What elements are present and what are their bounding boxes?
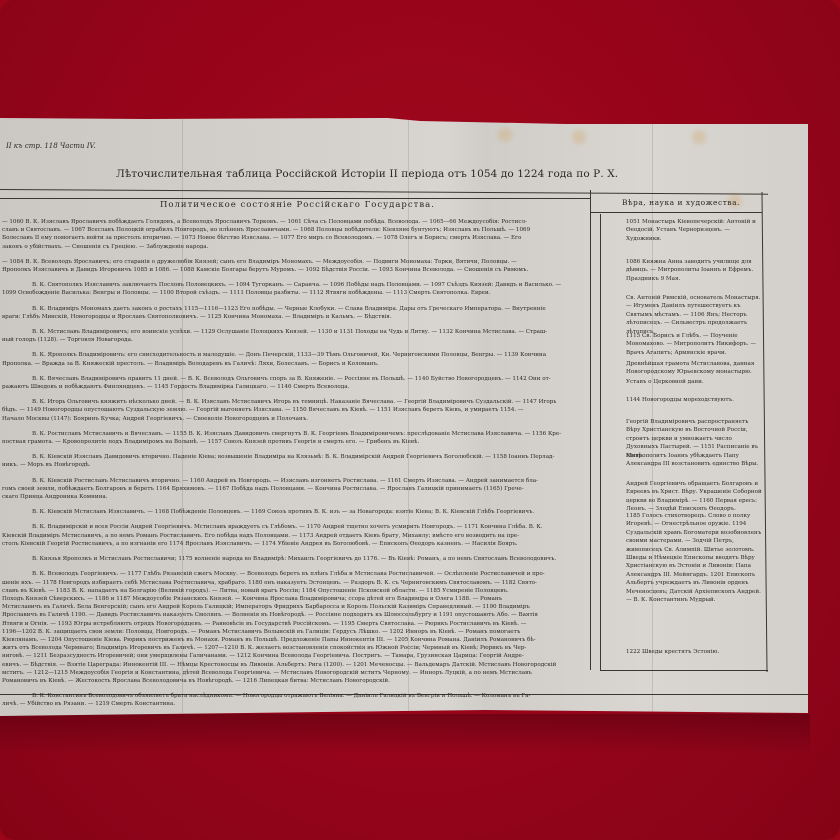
timeline-line: постная грамота. — Кровопролитіе подъ Вл… [2,438,600,446]
timeline-line: Ярославичъ въ Галичѣ 1190. — Давидъ Рост… [2,611,600,619]
timeline-row: В. К. Ярополкъ Владиміровичъ: его снисхо… [0,351,600,367]
religion-entry: Древнѣйшая грамота Мстиславова, данная Н… [626,360,762,377]
timeline-line: — 1084 В. К. Всеволодъ Ярославичъ; его с… [2,258,600,266]
timeline-line: гомъ своей земли, побѣждаетъ Болгаровъ и… [2,485,600,493]
document-title: Лѣточислительная таблица Россійской Исто… [116,168,618,180]
timeline-line: ражаютъ Шведовъ и побѣждаютъ Финляндцевъ… [2,383,600,391]
foxing-stain [498,128,512,142]
timeline-line: В. К. Константинъ Всеволодовичъ объявляе… [2,692,600,700]
timeline-line: никъ. — Моръ въ Новѣгородѣ. [2,461,600,469]
timeline-line: законъ о убійствахъ. — Сношенія съ Греці… [2,243,600,251]
timeline-line: — 1060 В. К. Изяславъ Ярославичъ побѣжда… [2,218,600,226]
document-sheet: II къ стр. 118 Части IV. Лѣточислительна… [0,118,808,716]
timeline-line: В. Князья Ярополкъ и Мстиславъ Ростислав… [2,555,600,563]
timeline-line: Начало Москвы (1147): Бояринъ Кучка; Анд… [2,415,600,423]
religion-entry: 1086 Княжна Анна заводитъ училище для дѣ… [626,258,762,283]
timeline-row: В. К. Всеволодъ Георгіевичъ. — 1177 Глѣб… [0,570,600,685]
timeline-row: В. К. Кіевскій Изяславъ Давидовичъ втори… [0,453,600,469]
timeline-row: В. К. Владимірскій и всея Россіи Андрей … [0,523,600,548]
timeline-row: В. К. Кіевскій Ростиславъ Мстиславичъ вт… [0,477,600,502]
timeline-line: враги: Глѣбъ Минскій, Новогородцы и Ярос… [2,313,600,321]
timeline-line: В. К. Мстиславъ Владиміровичъ; его воинс… [2,328,600,336]
column-header-political: Политическое состояніе Россійскаго Госуд… [160,200,435,210]
timeline-line: столъ Кіевскій Георгій Ростиславичъ, а п… [2,540,600,548]
timeline-line: евичъ. — Бѣдствія. — Взятіе Цареграда: И… [2,661,600,669]
timeline-line: В. К. Ростиславъ Мстиславичъ и Вячеславъ… [2,430,600,438]
timeline-line: Болеславъ II ему помогаетъ войти за прес… [2,234,600,242]
paper-shadow [0,714,810,754]
timeline-row: — 1060 В. К. Изяславъ Ярославичъ побѣжда… [0,218,600,251]
timeline-line: славъ и Святославъ. — 1067 Всеславъ Поло… [2,226,600,234]
religion-entry: 1185 Голосъ стихотворецъ. Слово о полку … [626,512,762,604]
timeline-line: В. К. Кіевскій Мстиславъ Изяславичъ. — 1… [2,508,600,516]
timeline-line: шеніе ихъ. — 1178 Новгородъ избираетъ се… [2,579,600,587]
timeline-line: Ятвяги и Огнія. — 1193 Югры истребляютъ … [2,620,600,628]
timeline-row: В. Князья Ярополкъ и Мстиславъ Ростислав… [0,555,600,563]
timeline-row: В. К. Владиміръ Мономахъ даетъ законъ о … [0,305,600,321]
page-reference: II къ стр. 118 Части IV. [6,142,96,150]
timeline-row: В. К. Кіевскій Мстиславъ Изяславичъ. — 1… [0,508,600,516]
religion-entry: Андрей Георгіевичъ обращаетъ Болгаровъ и… [626,480,762,514]
political-timeline: — 1060 В. К. Изяславъ Ярославичъ побѣжда… [0,218,600,747]
timeline-line: Кіевскій Владиміръ Мстиславичъ, а по нем… [2,532,600,540]
timeline-line: В. К. Кіевскій Изяславъ Давидовичъ втори… [2,453,600,461]
religion-entry: 1222 Шведы крестятъ Эстонію. [626,648,762,656]
timeline-line: Походъ Князей Сѣверскихъ. — 1186 и 1187 … [2,595,600,603]
timeline-line: 1099 Освобожденіе Василька: Венгры и Пол… [2,289,600,297]
timeline-line: бѣдъ. — 1149 Новогородцы опустошаютъ Суз… [2,406,600,414]
timeline-row: — 1084 В. К. Всеволодъ Ярославичъ; его с… [0,258,600,274]
timeline-line: славъ въ Кіевѣ. — 1183 В. К. нападаетъ н… [2,587,600,595]
religion-entry: Уставъ о Церковной дани. [626,378,762,386]
timeline-line: В. К. Святополкъ Изяславичъ заключаетъ П… [2,281,600,289]
religion-entry: 1144 Новогородцы мореходствуютъ. [626,396,762,404]
religion-entry: Митрополитъ Іоаннъ убѣждаетъ Папу Алекса… [626,452,762,469]
timeline-line: В. К. Вячеславъ Владиміровичъ правитъ 11… [2,375,600,383]
timeline-line: В. К. Владимірскій и всея Россіи Андрей … [2,523,600,531]
column-divider [600,214,601,670]
timeline-row: В. К. Игорь Ольговичъ княжитъ нѣсколько … [0,398,600,423]
timeline-line: В. К. Владиміръ Мономахъ даетъ законъ о … [2,305,600,313]
timeline-line: житъ отъ Всеволода Чермнаго; Владиміръ И… [2,644,600,652]
table-bottom-rule [600,670,768,671]
timeline-line: В. К. Ярополкъ Владиміровичъ: его снисхо… [2,351,600,359]
timeline-line: Ярополка. — Вражда за В. Княжескій прест… [2,360,600,368]
timeline-line: В. К. Игорь Ольговичъ княжитъ нѣсколько … [2,398,600,406]
timeline-row: В. К. Константинъ Всеволодовичъ объявляе… [0,692,600,708]
timeline-line: мститъ. — 1212—1215 Междоусобія Георгія … [2,669,600,677]
timeline-line: ниговѣ. — 1211 Безразсудность Игоревичей… [2,652,600,660]
timeline-line: 1196—1202 В. К. защищаетъ свои земли: По… [2,628,600,636]
timeline-line: Кіевлянамъ. — 1204 Опустошеніе Кіева. Рю… [2,636,600,644]
subheader-rule [0,198,590,199]
timeline-line: личѣ. — Убійство въ Рязани. — 1219 Смерт… [2,700,600,708]
timeline-row: В. К. Ростиславъ Мстиславичъ и Вячеславъ… [0,430,600,446]
column-divider [761,192,767,672]
timeline-line: скаго Принца Андроника Комнина. [2,493,600,501]
religion-entry: 1115 Св. Борисъ и Глѣбъ. — Поученіе Моно… [626,332,762,357]
timeline-row: В. К. Вячеславъ Владиміровичъ правитъ 11… [0,375,600,391]
timeline-line: Романовичъ въ Кіевѣ. — Жестокость Яросла… [2,677,600,685]
photo-frame: II къ стр. 118 Части IV. Лѣточислительна… [0,0,840,840]
timeline-line: Ярополкъ Изяславичъ и Давидъ Игоревичъ 1… [2,266,600,274]
timeline-line: Мстиславичъ въ Галичѣ. Бела Венгерскій; … [2,603,600,611]
religion-entry: 1051 Монастырь Кіевопечерскій: Антоній и… [626,218,762,243]
religion-entry: Св. Антоній Римскій, основатель Монастыр… [626,294,762,336]
foxing-stain [572,130,586,144]
subheader-rule [590,212,762,213]
timeline-line: ный голодъ (1128). — Торговля Новагорода… [2,336,600,344]
timeline-line: В. К. Всеволодъ Георгіевичъ. — 1177 Глѣб… [2,570,600,578]
timeline-line: В. К. Кіевскій Ростиславъ Мстиславичъ вт… [2,477,600,485]
column-header-religion: Вѣра, наука и художества. [622,198,740,207]
fold-crease [652,118,653,716]
timeline-row: В. К. Мстиславъ Владиміровичъ; его воинс… [0,328,600,344]
foxing-stain [692,130,706,144]
timeline-row: В. К. Святополкъ Изяславичъ заключаетъ П… [0,281,600,297]
